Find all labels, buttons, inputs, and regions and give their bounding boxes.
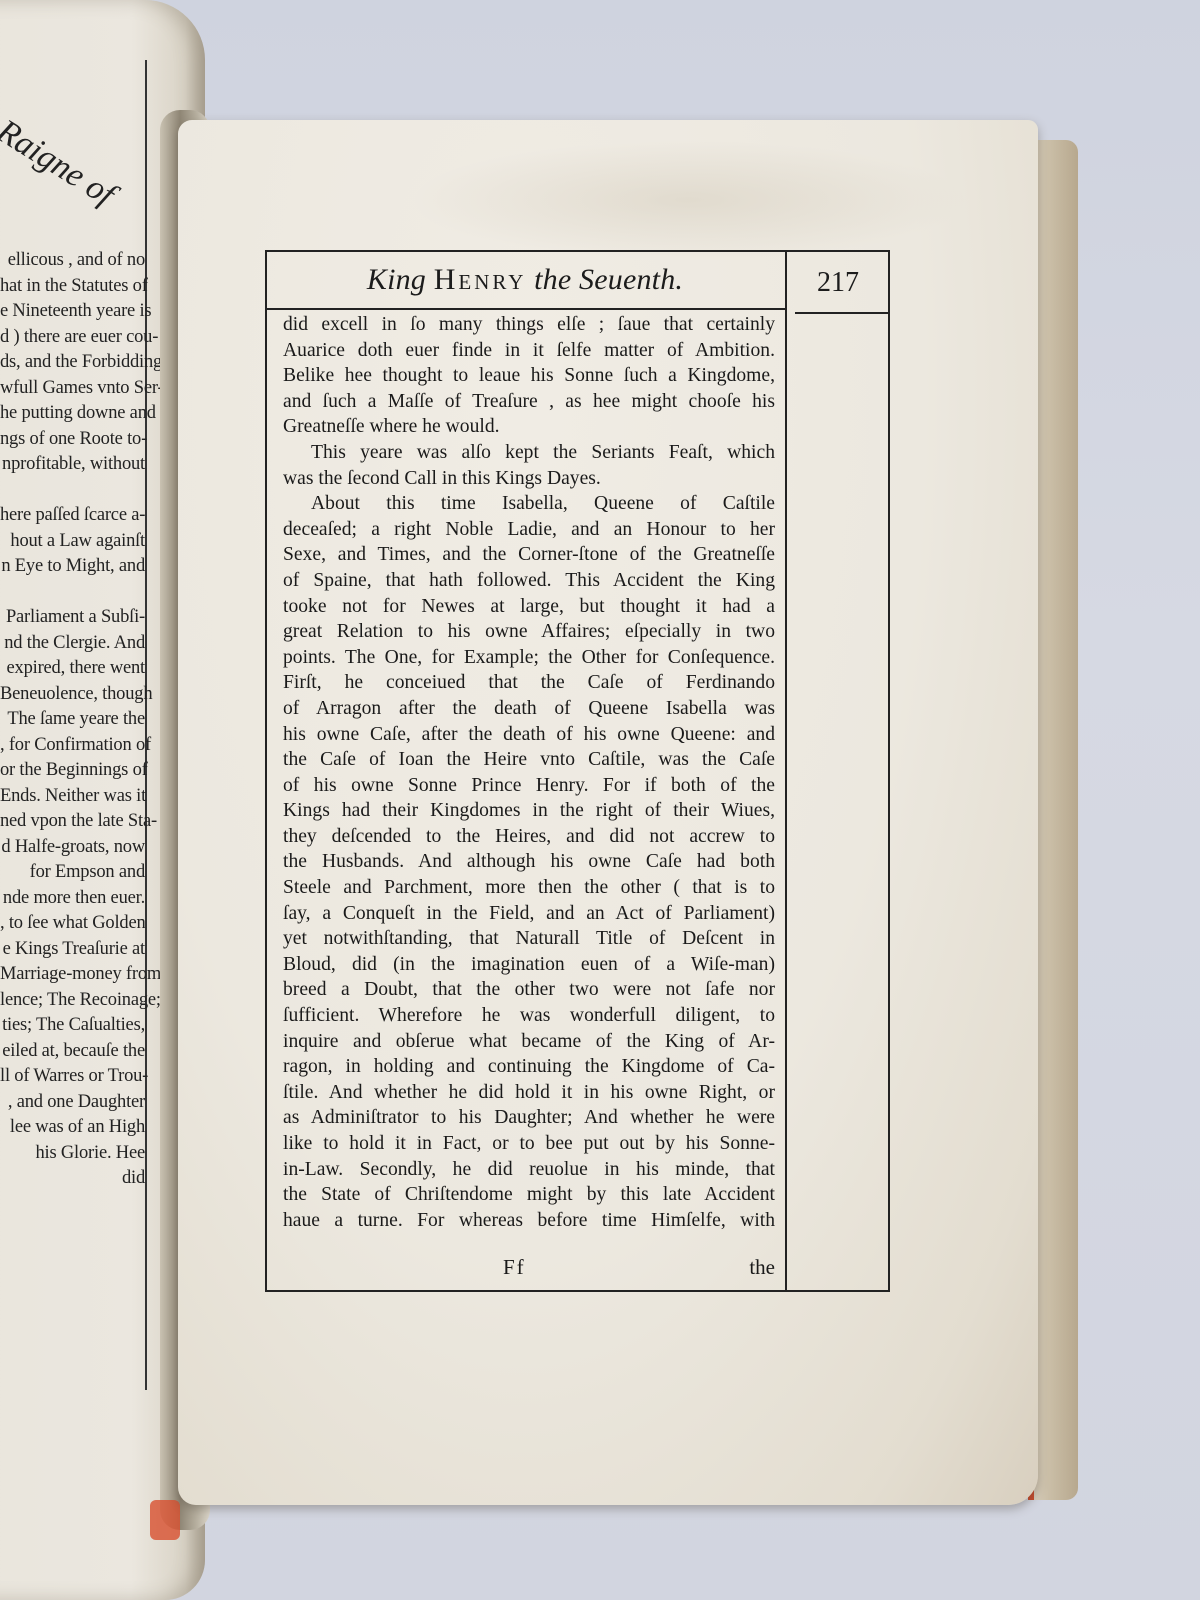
text-line: deceaſed; a right Noble Ladie, and an Ho… (283, 517, 775, 543)
running-head-king: King (367, 263, 426, 296)
text-line: of Arragon after the death of Queene Isa… (283, 696, 775, 722)
text-line: Sexe, and Times, and the Corner-ſtone of… (283, 542, 775, 568)
right-rule (888, 250, 890, 1290)
text-line: Firſt, he conceiued that the Caſe of Fer… (283, 670, 775, 696)
margin-header-rule (795, 312, 890, 314)
text-line: inquire and obſerue what became of the K… (283, 1029, 775, 1055)
left-text-line: Marriage-money from (0, 962, 145, 988)
left-text-line: ds, and the Forbidding (0, 350, 145, 376)
left-text-line (0, 478, 145, 504)
left-text-line: Ends. Neither was it (0, 784, 145, 810)
left-text-line: d Halfe-groats, now (0, 835, 145, 861)
page-body-text: did excell in ſo many things elſe ; ſaue… (283, 312, 775, 1233)
text-line: points. The One, for Example; the Other … (283, 645, 775, 671)
text-line: of his owne Sonne Prince Henry. For if b… (283, 773, 775, 799)
text-line: Greatneſſe where he would. (283, 414, 775, 440)
page-number: 217 (793, 250, 883, 308)
text-line: yet notwithſtanding, that Naturall Title… (283, 926, 775, 952)
left-text-line: Beneuolence, though (0, 682, 145, 708)
text-line: Auarice doth euer finde in it ſelfe matt… (283, 338, 775, 364)
left-text-line: he putting downe and (0, 401, 145, 427)
text-line: ſay, a Conqueſt in the Field, and an Act… (283, 901, 775, 927)
left-text-line: , to ſee what Golden (0, 911, 145, 937)
left-text-line: Parliament a Subſi- (0, 605, 145, 631)
column-rule (785, 250, 787, 1290)
left-text-line: nde more then euer. (0, 886, 145, 912)
page-footer: Ff the (283, 1255, 775, 1285)
left-page-text: ellicous , and of nohat in the Statutes … (0, 248, 145, 1192)
left-text-line: ngs of one Roote to- (0, 427, 145, 453)
left-text-line: his Glorie. Hee (0, 1141, 145, 1167)
red-binding-corner (150, 1500, 180, 1540)
text-line: Belike hee thought to leaue his Sonne ſu… (283, 363, 775, 389)
text-line: in-Law. Secondly, he did reuolue in his … (283, 1157, 775, 1183)
text-line: great Relation to his owne Affaires; eſp… (283, 619, 775, 645)
left-text-line: wfull Games vnto Ser- (0, 376, 145, 402)
header-rule (265, 308, 785, 310)
text-line: the Caſe of Ioan the Heire vnto Caſtile,… (283, 747, 775, 773)
left-text-line: hat in the Statutes of (0, 274, 145, 300)
bottom-rule (265, 1290, 890, 1292)
text-line: his owne Caſe, after the death of his ow… (283, 722, 775, 748)
left-rule (265, 250, 267, 1290)
running-head-seventh: the Seuenth. (534, 263, 683, 296)
left-text-line (0, 580, 145, 606)
left-text-line: ellicous , and of no (0, 248, 145, 274)
text-line: the State of Chriſtendome might by this … (283, 1182, 775, 1208)
text-line: like to hold it in Fact, or to bee put o… (283, 1131, 775, 1157)
text-line: ſtile. And whether he did hold it in his… (283, 1080, 775, 1106)
text-line: the Husbands. And although his owne Caſe… (283, 849, 775, 875)
text-line: and ſuch a Maſſe of Treaſure , as hee mi… (283, 389, 775, 415)
running-head-henry: Henry (434, 263, 527, 296)
left-text-line: for Empson and (0, 860, 145, 886)
left-text-line: , for Confirmation of (0, 733, 145, 759)
text-line: About this time Isabella, Queene of Caſt… (283, 491, 775, 517)
left-text-line: ties; The Caſualties, (0, 1013, 145, 1039)
running-head: King Henry the Seuenth. (265, 250, 785, 308)
text-line: did excell in ſo many things elſe ; ſaue… (283, 312, 775, 338)
left-text-line: , and one Daughter (0, 1090, 145, 1116)
left-text-line: here paſſed ſcarce a- (0, 503, 145, 529)
left-text-line: nprofitable, without (0, 452, 145, 478)
left-text-line: did (0, 1166, 145, 1192)
water-stain (408, 140, 968, 260)
left-text-line: The ſame yeare the (0, 707, 145, 733)
left-text-line: lee was of an High (0, 1115, 145, 1141)
signature-mark: Ff (503, 1255, 526, 1280)
left-text-line: expired, there went (0, 656, 145, 682)
text-line: tooke not for Newes at large, but though… (283, 594, 775, 620)
text-line: was the ſecond Call in this Kings Dayes. (283, 466, 775, 492)
left-text-line: nd the Clergie. And (0, 631, 145, 657)
text-line: haue a turne. For whereas before time Hi… (283, 1208, 775, 1234)
left-text-line: lence; The Recoinage; (0, 988, 145, 1014)
left-text-line: e Nineteenth yeare is (0, 299, 145, 325)
text-line: breed a Doubt, that the other two were n… (283, 977, 775, 1003)
text-line: Kings had their Kingdomes in the right o… (283, 798, 775, 824)
text-line: Steele and Parchment, more then the othe… (283, 875, 775, 901)
text-line: This yeare was alſo kept the Seriants Fe… (283, 440, 775, 466)
text-line: as Adminiſtrator to his Daughter; And wh… (283, 1105, 775, 1131)
text-line: Bloud, did (in the imagination euen of a… (283, 952, 775, 978)
left-text-line: hout a Law againſt (0, 529, 145, 555)
left-text-line: ned vpon the late Sta- (0, 809, 145, 835)
left-text-line: e Kings Treaſurie at (0, 937, 145, 963)
catchword: the (749, 1255, 775, 1280)
text-line: of Spaine, that hath followed. This Acci… (283, 568, 775, 594)
left-text-line: d ) there are euer cou- (0, 325, 145, 351)
text-line: ragon, in holding and continuing the Kin… (283, 1054, 775, 1080)
left-text-line: eiled at, becauſe the (0, 1039, 145, 1065)
text-line: they deſcended to the Heires, and did no… (283, 824, 775, 850)
left-text-line: or the Beginnings of (0, 758, 145, 784)
left-text-line: ll of Warres or Trou- (0, 1064, 145, 1090)
text-line: ſufficient. Wherefore he was wonderfull … (283, 1003, 775, 1029)
text-frame: King Henry the Seuenth. 217 did excell i… (265, 250, 890, 1295)
left-text-line: n Eye to Might, and (0, 554, 145, 580)
